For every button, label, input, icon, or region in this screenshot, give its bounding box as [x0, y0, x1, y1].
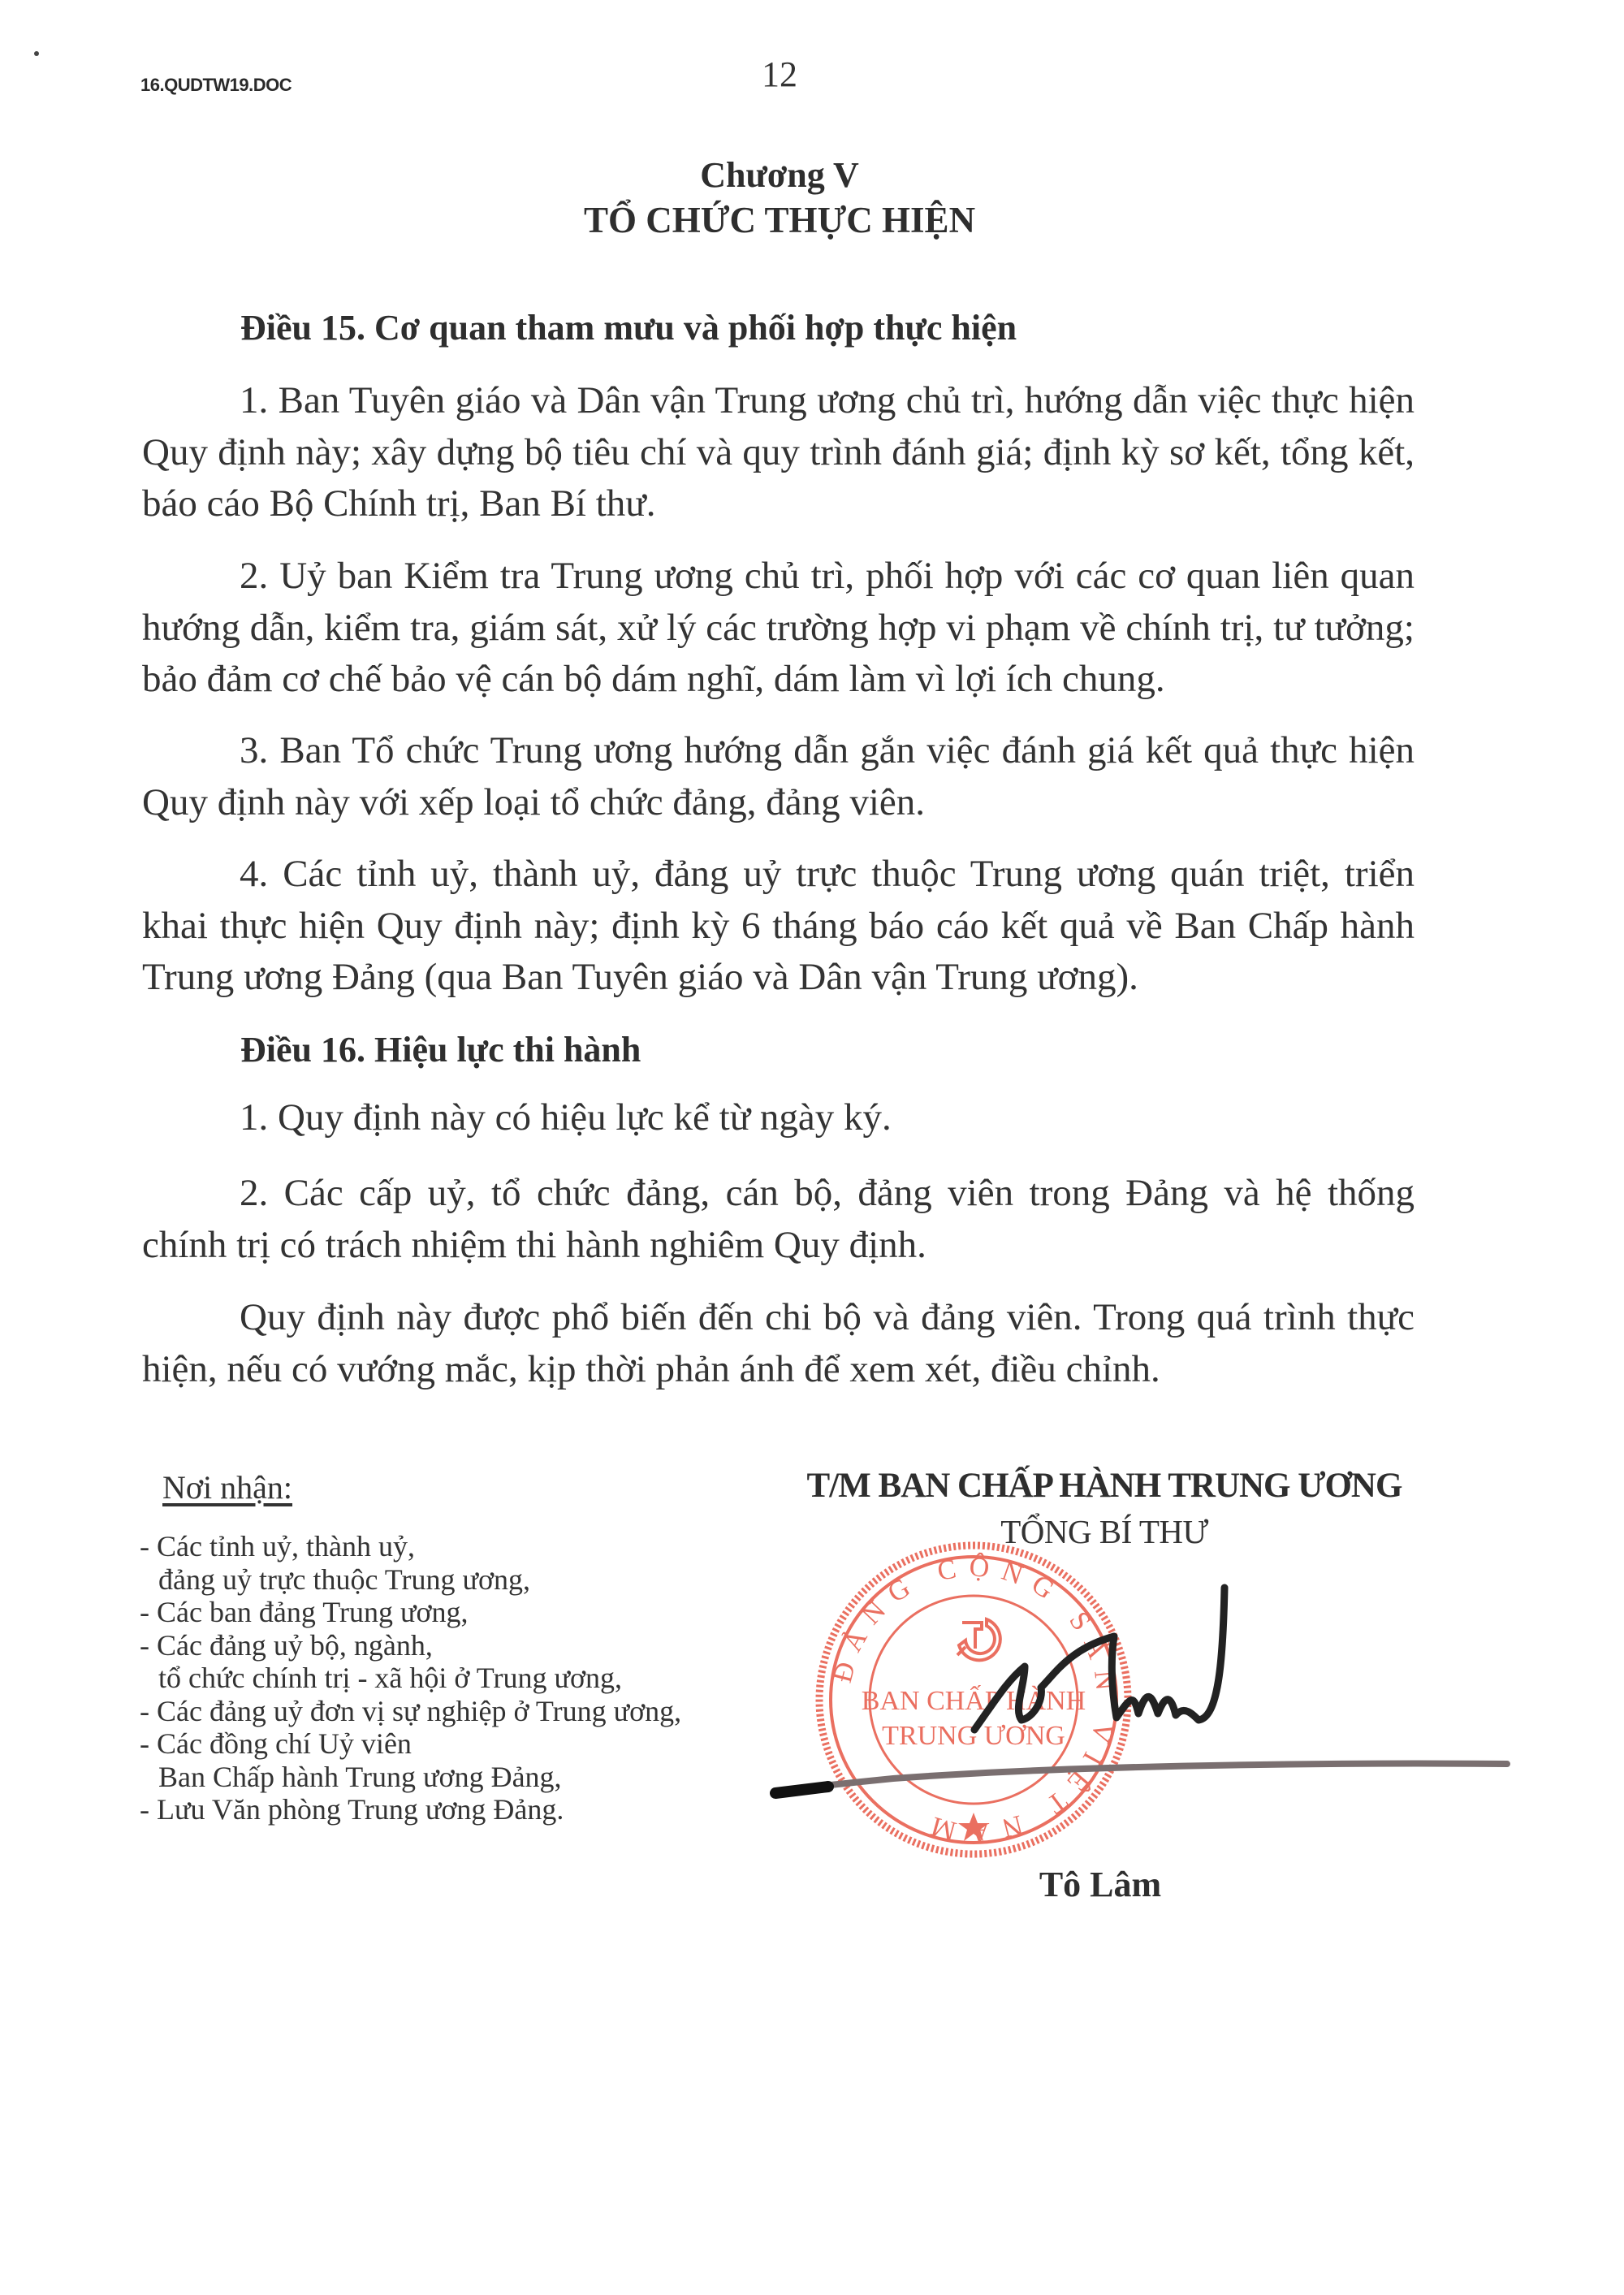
hammer-and-sickle-icon: [957, 1619, 1000, 1660]
signer-on-behalf: T/M BAN CHẤP HÀNH TRUNG ƯƠNG: [780, 1466, 1429, 1506]
seal-and-signature: ĐẢNG CỘNG SẢN VIỆT NAM BAN CHẤP HÀNH TRU…: [0, 0, 1624, 2295]
party-seal: ĐẢNG CỘNG SẢN VIỆT NAM BAN CHẤP HÀNH TRU…: [819, 1545, 1128, 1854]
seal-inner-line-1: BAN CHẤP HÀNH: [862, 1685, 1086, 1716]
signer-position: TỔNG BÍ THƯ: [780, 1512, 1429, 1551]
signer-name: Tô Lâm: [780, 1864, 1421, 1905]
